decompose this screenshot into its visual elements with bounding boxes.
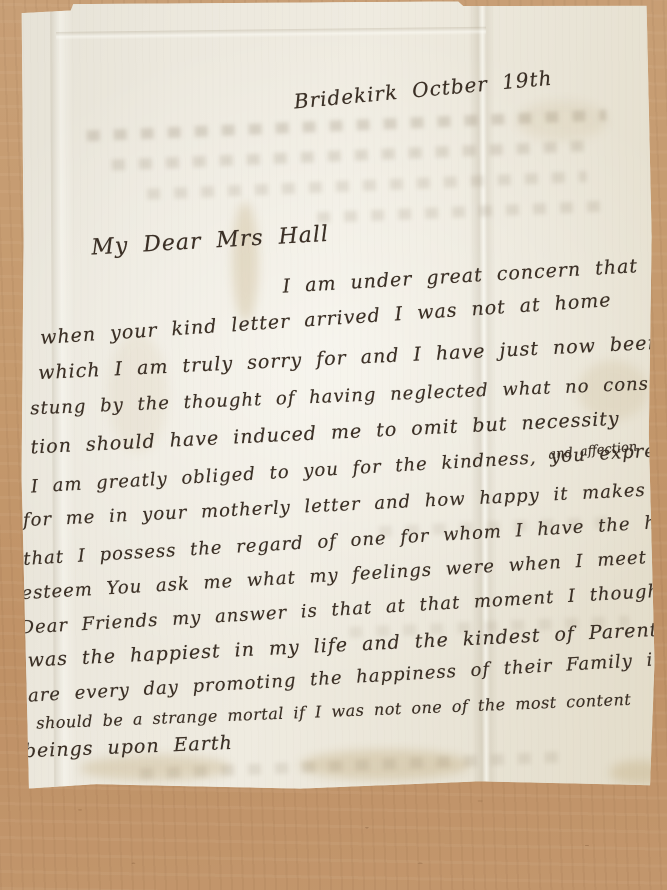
- photo-of-letter: { "colors":{ "wood":"#c79e74", "paper":"…: [0, 0, 667, 890]
- bleed-through-marks: [147, 171, 587, 200]
- salutation: My Dear Mrs Hall: [91, 222, 330, 261]
- date-line: Bridekirk Octber 19th: [293, 66, 554, 114]
- bleed-through-marks: [112, 140, 592, 170]
- fold-crease-top: [56, 27, 486, 40]
- bleed-through-marks: [317, 201, 607, 224]
- letter-paper: Bridekirk Octber 19th My Dear Mrs Hall I…: [16, 0, 657, 791]
- paper-stain: [232, 202, 259, 322]
